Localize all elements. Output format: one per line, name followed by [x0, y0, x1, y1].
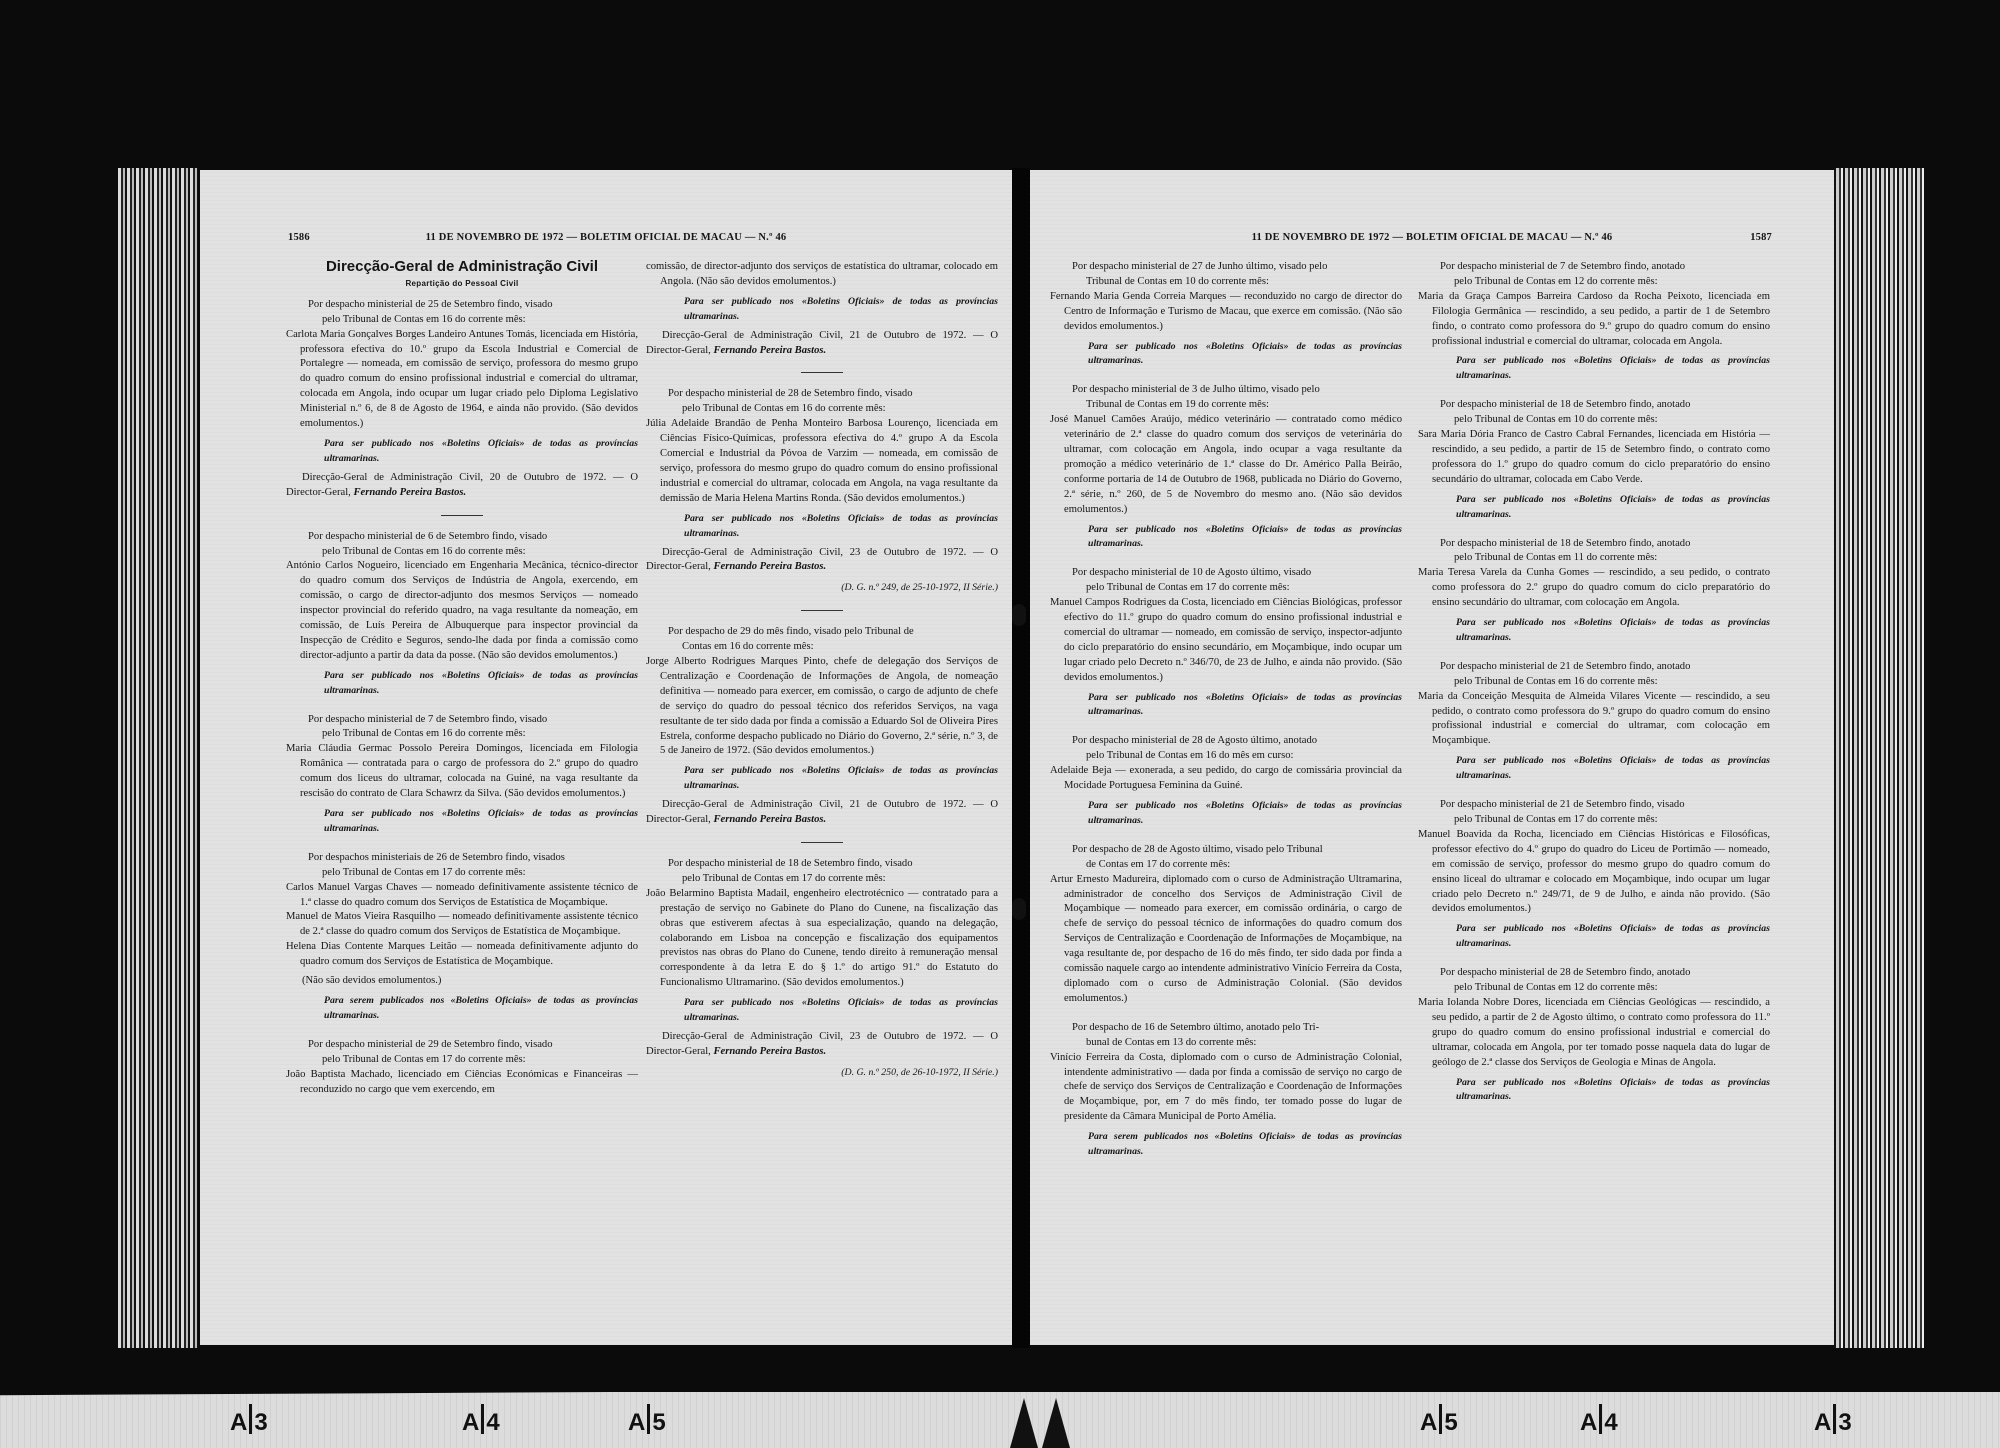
- appointment-entry: Manuel de Matos Vieira Rasquilho — nomea…: [286, 910, 638, 940]
- dispatch-block: Por despacho ministerial de 10 de Agosto…: [1050, 566, 1402, 720]
- publication-note: Para ser publicado nos «Boletins Oficiai…: [646, 996, 998, 1026]
- publication-note: Para ser publicado nos «Boletins Oficiai…: [646, 295, 998, 325]
- appointment-entry: António Carlos Nogueiro, licenciado em E…: [286, 559, 638, 663]
- page-number: 1587: [1750, 232, 1772, 243]
- dispatch-intro: Por despacho ministerial de 28 de Agosto…: [1050, 734, 1402, 764]
- marker-bar: [1439, 1404, 1442, 1434]
- dispatch-block: Por despacho ministerial de 28 de Setemb…: [646, 387, 998, 596]
- publication-note: Para ser publicado nos «Boletins Oficiai…: [1050, 799, 1402, 829]
- section-title: Direcção-Geral de Administração Civil: [286, 260, 638, 275]
- dispatch-intro: Por despacho ministerial de 7 de Setembr…: [286, 713, 638, 743]
- appointment-entry: Sara Maria Dória Franco de Castro Cabral…: [1418, 428, 1770, 488]
- appointment-entry: João Baptista Machado, licenciado em Ciê…: [286, 1068, 638, 1098]
- dispatch-intro-line2: Tribunal de Contas em 19 do corrente mês…: [1050, 398, 1402, 413]
- appointment-entry: Maria Teresa Varela da Cunha Gomes — res…: [1418, 566, 1770, 611]
- film-frame-marker: A5: [628, 1404, 666, 1437]
- right-page-column-1: Por despacho ministerial de 27 de Junho …: [1050, 260, 1402, 1174]
- appointment-entry: Carlos Manuel Vargas Chaves — nomeado de…: [286, 881, 638, 911]
- film-notch-right: [1042, 1398, 1070, 1448]
- dispatch-intro-line2: pelo Tribunal de Contas em 16 do mês em …: [1050, 749, 1402, 764]
- dispatch-intro: Por despacho ministerial de 18 de Setemb…: [1418, 537, 1770, 567]
- film-frame-marker: A4: [462, 1404, 500, 1437]
- dispatch-block: Por despacho ministerial de 28 de Setemb…: [1418, 966, 1770, 1105]
- section-divider: [801, 842, 843, 843]
- publication-note: Para ser publicado nos «Boletins Oficiai…: [1418, 754, 1770, 784]
- dispatch-intro: Por despacho ministerial de 21 de Setemb…: [1418, 660, 1770, 690]
- left-page-column-1: Direcção-Geral de Administração Civil Re…: [286, 260, 638, 1111]
- film-notch-left: [1010, 1398, 1038, 1448]
- dispatch-intro-line2: de Contas em 17 do corrente mês:: [1050, 858, 1402, 873]
- signature-line: Direcção-Geral de Administração Civil, 2…: [646, 1030, 998, 1060]
- left-page-column-2: comissão, de director-adjunto dos serviç…: [646, 260, 998, 1095]
- signatory-name: Fernando Pereira Bastos.: [713, 814, 826, 825]
- dispatch-intro-line2: pelo Tribunal de Contas em 16 do corrent…: [286, 313, 638, 328]
- publication-note: Para ser publicado nos «Boletins Oficiai…: [286, 807, 638, 837]
- marker-bar: [647, 1404, 650, 1434]
- section-divider: [801, 372, 843, 373]
- dispatch-intro: Por despacho ministerial de 10 de Agosto…: [1050, 566, 1402, 596]
- publication-note: Para ser publicado nos «Boletins Oficiai…: [1418, 354, 1770, 384]
- appointment-entry: José Manuel Camões Araújo, médico veteri…: [1050, 413, 1402, 517]
- publication-note: Para ser publicado nos «Boletins Oficiai…: [646, 512, 998, 542]
- dispatch-block: Por despacho ministerial de 18 de Setemb…: [1418, 537, 1770, 646]
- publication-note: Para ser publicado nos «Boletins Oficiai…: [1050, 340, 1402, 370]
- dispatch-block: Por despacho ministerial de 25 de Setemb…: [286, 298, 638, 501]
- signature-line: Direcção-Geral de Administração Civil, 2…: [646, 798, 998, 828]
- section-divider: [441, 515, 483, 516]
- dispatch-intro: Por despacho de 16 de Setembro último, a…: [1050, 1021, 1402, 1051]
- signatory-name: Fernando Pereira Bastos.: [713, 345, 826, 356]
- appointment-entry: Manuel Boavida da Rocha, licenciado em C…: [1418, 828, 1770, 917]
- dispatch-block: Por despacho ministerial de 18 de Setemb…: [646, 857, 998, 1081]
- dispatch-intro-line2: pelo Tribunal de Contas em 17 do corrent…: [1418, 813, 1770, 828]
- appointment-entry: Maria Cláudia Germac Possolo Pereira Dom…: [286, 742, 638, 802]
- left-page: 1586 11 DE NOVEMBRO DE 1972 — BOLETIM OF…: [200, 170, 1012, 1345]
- dispatch-intro: Por despacho ministerial de 25 de Setemb…: [286, 298, 638, 328]
- marker-bar: [481, 1404, 484, 1434]
- appointment-entry: Maria da Graça Campos Barreira Cardoso d…: [1418, 290, 1770, 350]
- dispatch-block: Por despacho ministerial de 21 de Setemb…: [1418, 798, 1770, 952]
- book-page-edges-right: [1834, 168, 1924, 1348]
- dispatch-intro: Por despacho ministerial de 6 de Setembr…: [286, 530, 638, 560]
- dispatch-intro: Por despacho ministerial de 18 de Setemb…: [646, 857, 998, 887]
- dispatch-block: Por despacho ministerial de 7 de Setembr…: [286, 713, 638, 837]
- dispatch-block: Por despachos ministeriais de 26 de Sete…: [286, 851, 638, 1024]
- dispatch-intro: Por despacho ministerial de 29 de Setemb…: [286, 1038, 638, 1068]
- right-page-column-2: Por despacho ministerial de 7 de Setembr…: [1418, 260, 1770, 1119]
- dispatch-block: Por despacho de 16 de Setembro último, a…: [1050, 1021, 1402, 1160]
- dispatch-block: Por despacho ministerial de 7 de Setembr…: [1418, 260, 1770, 384]
- dispatch-intro-line2: bunal de Contas em 13 do corrente mês:: [1050, 1036, 1402, 1051]
- dispatch-intro: Por despacho ministerial de 7 de Setembr…: [1418, 260, 1770, 290]
- binding-clip: [1012, 604, 1026, 626]
- book-gutter: [1012, 168, 1030, 1348]
- dispatch-intro-line2: pelo Tribunal de Contas em 16 do corrent…: [1418, 675, 1770, 690]
- dispatch-intro-line2: pelo Tribunal de Contas em 16 do corrent…: [286, 727, 638, 742]
- publication-note: Para ser publicado nos «Boletins Oficiai…: [1050, 523, 1402, 553]
- dispatch-intro: Por despacho ministerial de 28 de Setemb…: [1418, 966, 1770, 996]
- publication-note: Para ser publicado nos «Boletins Oficiai…: [646, 764, 998, 794]
- film-strip: [0, 1392, 2000, 1448]
- appointment-entry: Maria Iolanda Nobre Dores, licenciada em…: [1418, 996, 1770, 1071]
- dispatch-intro: Por despacho de 28 de Agosto último, vis…: [1050, 843, 1402, 873]
- publication-note: Para ser publicado nos «Boletins Oficiai…: [286, 437, 638, 467]
- signature-line: Direcção-Geral de Administração Civil, 2…: [646, 329, 998, 359]
- signatory-name: Fernando Pereira Bastos.: [353, 487, 466, 498]
- dispatch-intro: Por despachos ministeriais de 26 de Sete…: [286, 851, 638, 881]
- dispatch-intro: Por despacho ministerial de 21 de Setemb…: [1418, 798, 1770, 828]
- section-subtitle: Repartição do Pessoal Civil: [286, 277, 638, 292]
- publication-note: Para ser publicado nos «Boletins Oficiai…: [1418, 616, 1770, 646]
- gazette-reference: (D. G. n.º 250, de 26-10-1972, II Série.…: [646, 1066, 998, 1081]
- appointment-entry: Jorge Alberto Rodrigues Marques Pinto, c…: [646, 655, 998, 759]
- marker-bar: [249, 1404, 252, 1434]
- marker-bar: [1833, 1404, 1836, 1434]
- dispatch-intro-line2: pelo Tribunal de Contas em 10 do corrent…: [1418, 413, 1770, 428]
- appointment-entry: Artur Ernesto Madureira, diplomado com o…: [1050, 873, 1402, 1007]
- running-head-title: 11 DE NOVEMBRO DE 1972 — BOLETIM OFICIAL…: [1030, 232, 1834, 243]
- dispatch-block: Por despacho ministerial de 28 de Agosto…: [1050, 734, 1402, 828]
- appointment-entry: Fernando Maria Genda Correia Marques — r…: [1050, 290, 1402, 335]
- signatory-name: Fernando Pereira Bastos.: [713, 561, 826, 572]
- dispatch-intro-line2: pelo Tribunal de Contas em 11 do corrent…: [1418, 551, 1770, 566]
- appointment-entry: Júlia Adelaide Brandão de Penha Monteiro…: [646, 417, 998, 506]
- dispatch-intro-line2: pelo Tribunal de Contas em 17 do corrent…: [646, 872, 998, 887]
- signature-line: Direcção-Geral de Administração Civil, 2…: [646, 546, 998, 576]
- dispatch-intro: Por despacho ministerial de 18 de Setemb…: [1418, 398, 1770, 428]
- appointment-entry: Maria da Conceição Mesquita de Almeida V…: [1418, 690, 1770, 750]
- book-page-edges-left: [118, 168, 198, 1348]
- dispatch-intro-line2: pelo Tribunal de Contas em 17 do corrent…: [286, 1053, 638, 1068]
- dispatch-block: comissão, de director-adjunto dos serviç…: [646, 260, 998, 358]
- appointment-entry: João Belarmino Baptista Madail, engenhei…: [646, 887, 998, 991]
- right-page: 11 DE NOVEMBRO DE 1972 — BOLETIM OFICIAL…: [1030, 170, 1834, 1345]
- publication-note: Para serem publicados nos «Boletins Ofic…: [286, 994, 638, 1024]
- continued-text: comissão, de director-adjunto dos serviç…: [646, 260, 998, 290]
- dispatch-intro: Por despacho ministerial de 3 de Julho ú…: [1050, 383, 1402, 413]
- film-frame-marker: A3: [1814, 1404, 1852, 1437]
- publication-note: Para ser publicado nos «Boletins Oficiai…: [1050, 691, 1402, 721]
- publication-note: Para ser publicado nos «Boletins Oficiai…: [286, 669, 638, 699]
- emolument-note: (Não são devidos emolumentos.): [286, 974, 638, 989]
- film-frame-marker: A3: [230, 1404, 268, 1437]
- publication-note: Para ser publicado nos «Boletins Oficiai…: [1418, 493, 1770, 523]
- publication-note: Para serem publicados nos «Boletins Ofic…: [1050, 1130, 1402, 1160]
- dispatch-intro-line2: pelo Tribunal de Contas em 12 do corrent…: [1418, 275, 1770, 290]
- film-frame-marker: A5: [1420, 1404, 1458, 1437]
- dispatch-intro-line2: pelo Tribunal de Contas em 17 do corrent…: [1050, 581, 1402, 596]
- dispatch-intro: Por despacho ministerial de 27 de Junho …: [1050, 260, 1402, 290]
- dispatch-intro: Por despacho ministerial de 28 de Setemb…: [646, 387, 998, 417]
- dispatch-intro-line2: Contas em 16 do corrente mês:: [646, 640, 998, 655]
- binding-clip: [1012, 898, 1026, 920]
- dispatch-intro-line2: pelo Tribunal de Contas em 16 do corrent…: [646, 402, 998, 417]
- signatory-name: Fernando Pereira Bastos.: [713, 1046, 826, 1057]
- appointment-entry: Adelaide Beja — exonerada, a seu pedido,…: [1050, 764, 1402, 794]
- dispatch-block: Por despacho ministerial de 29 de Setemb…: [286, 1038, 638, 1098]
- appointment-entry: Vinício Ferreira da Costa, diplomado com…: [1050, 1051, 1402, 1126]
- publication-note: Para ser publicado nos «Boletins Oficiai…: [1418, 922, 1770, 952]
- dispatch-intro: Por despacho de 29 do mês findo, visado …: [646, 625, 998, 655]
- dispatch-block: Por despacho ministerial de 27 de Junho …: [1050, 260, 1402, 369]
- dispatch-block: Por despacho ministerial de 6 de Setembr…: [286, 530, 638, 699]
- film-frame-marker: A4: [1580, 1404, 1618, 1437]
- signature-line: Direcção-Geral de Administração Civil, 2…: [286, 471, 638, 501]
- appointment-entry: Helena Dias Contente Marques Leitão — no…: [286, 940, 638, 970]
- dispatch-block: Por despacho de 29 do mês findo, visado …: [646, 625, 998, 828]
- marker-bar: [1599, 1404, 1602, 1434]
- dispatch-intro-line2: pelo Tribunal de Contas em 12 do corrent…: [1418, 981, 1770, 996]
- dispatch-intro-line2: pelo Tribunal de Contas em 16 do corrent…: [286, 545, 638, 560]
- dispatch-block: Por despacho de 28 de Agosto último, vis…: [1050, 843, 1402, 1007]
- section-divider: [801, 610, 843, 611]
- publication-note: Para ser publicado nos «Boletins Oficiai…: [1418, 1076, 1770, 1106]
- gazette-reference: (D. G. n.º 249, de 25-10-1972, II Série.…: [646, 581, 998, 596]
- running-head-title: 11 DE NOVEMBRO DE 1972 — BOLETIM OFICIAL…: [200, 232, 1012, 243]
- dispatch-block: Por despacho ministerial de 3 de Julho ú…: [1050, 383, 1402, 552]
- appointment-entry: Carlota Maria Gonçalves Borges Landeiro …: [286, 328, 638, 432]
- dispatch-block: Por despacho ministerial de 18 de Setemb…: [1418, 398, 1770, 522]
- dispatch-intro-line2: pelo Tribunal de Contas em 17 do corrent…: [286, 866, 638, 881]
- dispatch-block: Por despacho ministerial de 21 de Setemb…: [1418, 660, 1770, 784]
- appointment-entry: Manuel Campos Rodrigues da Costa, licenc…: [1050, 596, 1402, 685]
- dispatch-intro-line2: Tribunal de Contas em 10 do corrente mês…: [1050, 275, 1402, 290]
